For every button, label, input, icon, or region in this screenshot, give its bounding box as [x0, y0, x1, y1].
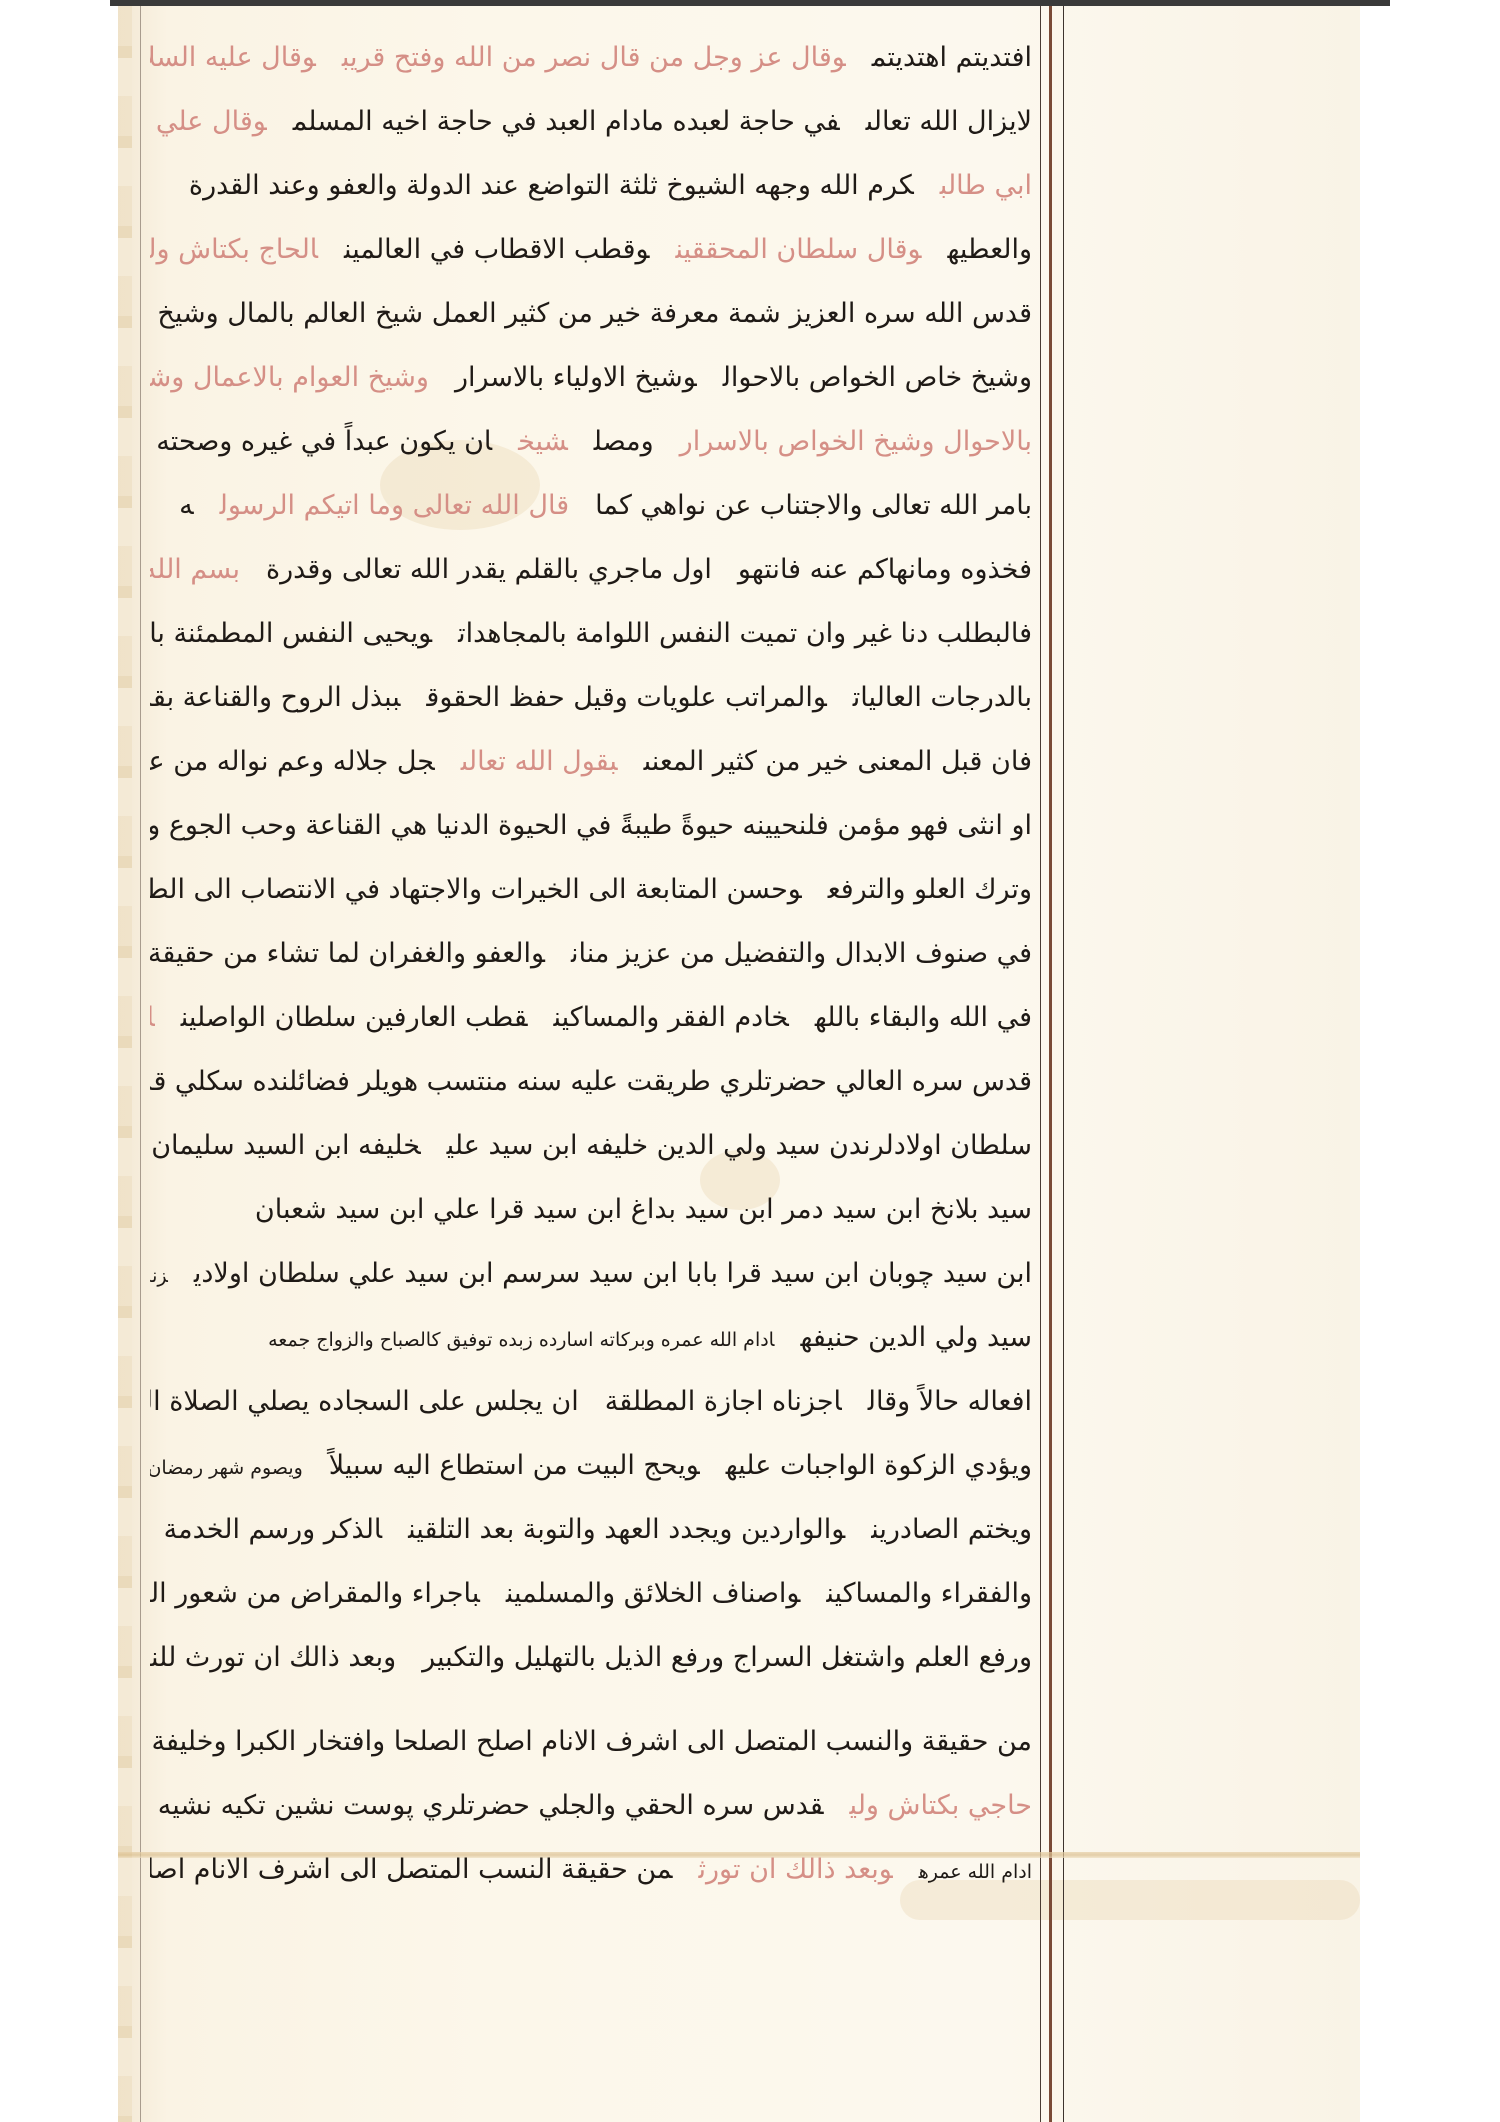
body-text: في صنوف الابدال والتفضيل من عزيز منان — [571, 938, 1032, 969]
manuscript-line: سلطان اولادلرندن سيد ولي الدين خليفه ابن… — [150, 1116, 1032, 1176]
body-text: قطب العارفين سلطان الواصلين — [181, 1002, 528, 1033]
body-text: الذكر ورسم الخدمة — [164, 1514, 382, 1545]
body-text: والعفو والغفران لما تشاء من حقيقة الفقر … — [150, 938, 545, 969]
body-text: ويحيى النفس المطمئنة بالرياضات ثم يرتقي — [150, 618, 432, 649]
body-text: بالدرجات العاليات — [853, 682, 1032, 713]
body-text: ان يكون عبداً في غيره وصحته ذالك الانقيا… — [150, 426, 492, 457]
manuscript-line: او انثى فهو مؤمن فلنحيينه حيوةً طيبةً في… — [150, 796, 1032, 856]
right-ruled-line-outer — [1063, 6, 1064, 2122]
rubric-text: حاجي بكتاش ولي — [850, 1790, 1032, 1821]
manuscript-line: ابن سيد چوبان ابن سيد قرا بابا ابن سيد س… — [150, 1244, 1032, 1304]
rubric-text: بسم الله الرحمن — [150, 554, 240, 585]
body-text: ان يجلس على السجاده يصلي الصلاة المفروضا… — [150, 1386, 579, 1417]
left-ruled-line — [140, 6, 141, 2122]
rubric-text: وقال عز وجل من قال نصر من الله وفتح قريب — [342, 42, 846, 73]
manuscript-line: فالبطلب دنا غير وان تميت النفس اللوامة ب… — [150, 604, 1032, 664]
torn-left-edge — [118, 6, 132, 2122]
rubric-text: وقال علي ابن — [150, 106, 267, 137]
manuscript-line: وشيخ خاص الخواص بالاحوالوشيخ الاولياء با… — [150, 348, 1032, 408]
body-text: افتديتم اهتديتم — [872, 42, 1032, 73]
body-text: اجزناه اجازة المطلقة — [605, 1386, 842, 1417]
body-text: من حقيقة والنسب المتصل الى اشرف الانام ا… — [150, 1726, 1032, 1757]
manuscript-line: سيد بلانخ ابن سيد دمر ابن سيد بداغ ابن س… — [150, 1180, 1032, 1240]
right-ruled-line-middle — [1049, 6, 1052, 2122]
rubric-text: وقال سلطان المحققين — [675, 234, 921, 265]
body-text: اول ماجري بالقلم يقدر الله تعالى وقدرة — [266, 554, 712, 585]
body-text: فالبطلب دنا غير وان تميت النفس اللوامة ب… — [458, 618, 1032, 649]
body-text: ويحج البيت من استطاع اليه سبيلاً — [329, 1450, 700, 1481]
body-text: وشيخ خاص الخواص بالاحوال — [723, 362, 1032, 393]
body-text: قدس سره الحقي والجلي حضرتلري پوست نشين ت… — [150, 1790, 824, 1821]
body-text: من حقيقة النسب المتصل الى اشرف الانام اص… — [150, 1854, 673, 1885]
manuscript-line: افعاله حالاً وقالاجزناه اجازة المطلقةان … — [150, 1372, 1032, 1432]
manuscript-line: لايزال الله تعالىفي حاجة لعبده مادام الع… — [150, 92, 1032, 152]
body-text: وبعد ذالك ان تورث للنجباء — [150, 1642, 396, 1673]
manuscript-line: ابي طالبكرم الله وجهه الشيوخ ثلثة التواض… — [150, 156, 1032, 216]
rubric-text: قال الله تعالى وما اتيكم الرسول — [220, 490, 570, 521]
manuscript-line: بالدرجات العالياتوالمراتب علويات وقيل حف… — [150, 668, 1032, 728]
body-text: ومصل — [594, 426, 654, 457]
body-text: والفقراء والمساكين — [826, 1578, 1032, 1609]
body-text: او انثى فهو مؤمن فلنحيينه حيوةً طيبةً في… — [150, 810, 1032, 841]
body-text: ببذل الروح والقناعة بقليل الدنيا عن كثير… — [150, 682, 400, 713]
body-text: ورفع العلم واشتغل السراج ورفع الذيل بالت… — [422, 1642, 1032, 1673]
body-text: وترك العلو والترفع — [828, 874, 1032, 905]
right-ruled-line-inner — [1040, 6, 1041, 2122]
manuscript-line: في صنوف الابدال والتفضيل من عزيز منانوال… — [150, 924, 1032, 984]
manuscript-line: سيد ولي الدين حنيفهادام الله عمره وبركات… — [150, 1308, 1032, 1368]
body-text: ابن سيد چوبان ابن سيد قرا بابا ابن سيد س… — [194, 1258, 1032, 1289]
body-text: ادام الله عمره وبركاته اسارده زبده توفيق… — [268, 1329, 774, 1351]
body-text: والمراتب علويات وقيل حفظ الحقوق — [426, 682, 826, 713]
manuscript-line: قدس الله سره العزيز شمة معرفة خير من كثي… — [150, 284, 1032, 344]
body-text: قدس الله سره العزيز شمة معرفة خير من كثي… — [150, 298, 1032, 329]
body-text: سيد بلانخ ابن سيد دمر ابن سيد بداغ ابن س… — [255, 1194, 1032, 1225]
body-text: فخذوه ومانهاكم عنه فانتهو — [738, 554, 1032, 585]
body-text: فان قبل المعنى خير من كثير المعنى — [644, 746, 1032, 777]
body-text: باجراء والمقراض من شعور التائبين ولباس ا… — [150, 1578, 480, 1609]
body-text: سيد ولي الدين حنيفه — [800, 1322, 1032, 1353]
body-text: واصناف الخلائق والمسلمين — [506, 1578, 801, 1609]
body-text: ويصوم شهر رمضان — [150, 1457, 303, 1479]
manuscript-line: من حقيقة والنسب المتصل الى اشرف الانام ا… — [150, 1712, 1032, 1772]
manuscript-line: ورفع العلم واشتغل السراج ورفع الذيل بالت… — [150, 1628, 1032, 1688]
body-text: وقطب الاقطاب في العالمين — [344, 234, 649, 265]
body-text: كرم الله وجهه الشيوخ ثلثة التواضع عند ال… — [189, 170, 914, 201]
manuscript-line: حاجي بكتاش وليقدس سره الحقي والجلي حضرتل… — [150, 1776, 1032, 1836]
body-text: خادم الفقر والمساكين — [554, 1002, 789, 1033]
manuscript-line: ادام الله عمرهوبعد ذالك ان تورثمن حقيقة … — [150, 1840, 1032, 1900]
manuscript-line: بامر الله تعالى والاجتناب عن نواهي كماقا… — [150, 476, 1032, 536]
body-text: ويختم الصادرين — [871, 1514, 1032, 1545]
body-text: في حاجة لعبده مادام العبد في حاجة اخيه ا… — [293, 106, 840, 137]
body-text: قدس سره العالي حضرتلري طريقت عليه سنه من… — [150, 1066, 1032, 1097]
manuscript-line: بالاحوال وشيخ الخواص بالاسرارومصلشيخان ي… — [150, 412, 1032, 472]
body-text: ويؤدي الزكوة الواجبات عليه — [726, 1450, 1032, 1481]
body-text: وشيخ الاولياء بالاسرار — [455, 362, 697, 393]
body-text: جل جلاله وعم نواله من عمل صالحا من ذكر — [150, 746, 435, 777]
body-text: لايزال الله تعالى — [866, 106, 1032, 137]
body-text: في الله والبقاء بالله — [815, 1002, 1032, 1033]
body-text: افعاله حالاً وقال — [868, 1386, 1032, 1417]
body-text: خليفه ابن السيد سليمان ابن — [150, 1130, 421, 1161]
rubric-text: وبعد ذالك ان تورث — [699, 1854, 893, 1885]
manuscript-line: افتديتم اهتديتموقال عز وجل من قال نصر من… — [150, 28, 1032, 88]
rubric-text: وشيخ العوام بالاعمال وشيخ الخواص — [150, 362, 429, 393]
body-text: سلطان اولادلرندن سيد ولي الدين خليفه ابن… — [447, 1130, 1032, 1161]
rubric-text: وقال عليه السلام — [150, 42, 316, 73]
manuscript-line: فان قبل المعنى خير من كثير المعنىبقول ال… — [150, 732, 1032, 792]
rubric-text: بقول الله تعالى — [461, 746, 618, 777]
rubric-text: الحاج بكتاش ولي — [150, 1002, 155, 1033]
manuscript-line: ويؤدي الزكوة الواجبات عليهويحج البيت من … — [150, 1436, 1032, 1496]
manuscript-line: فخذوه ومانهاكم عنه فانتهواول ماجري بالقل… — [150, 540, 1032, 600]
body-text: والعطيه — [947, 234, 1032, 265]
rubric-text: شيخ — [518, 426, 568, 457]
body-text: ه — [179, 490, 193, 521]
manuscript-line: قدس سره العالي حضرتلري طريقت عليه سنه من… — [150, 1052, 1032, 1112]
body-text: ادام الله عمره — [919, 1861, 1032, 1883]
manuscript-line: والفقراء والمساكينواصناف الخلائق والمسلم… — [150, 1564, 1032, 1624]
manuscript-line: وترك العلو والترفعوحسن المتابعة الى الخي… — [150, 860, 1032, 920]
body-text: والواردين ويجدد العهد والتوبة بعد التلقي… — [408, 1514, 845, 1545]
body-text: بامر الله تعالى والاجتناب عن نواهي كما — [595, 490, 1032, 521]
body-text: وحسن المتابعة الى الخيرات والاجتهاد في ا… — [150, 874, 802, 905]
rubric-text: بالاحوال وشيخ الخواص بالاسرار — [680, 426, 1032, 457]
body-text: زنده — [150, 1265, 168, 1287]
rubric-text: الحاج بكتاش ولي الخراساني — [150, 234, 318, 265]
rubric-text: ابي طالب — [940, 170, 1032, 201]
manuscript-line: والعطيهوقال سلطان المحققينوقطب الاقطاب ف… — [150, 220, 1032, 280]
manuscript-line: ويختم الصادرينوالواردين ويجدد العهد والت… — [150, 1500, 1032, 1560]
manuscript-line: في الله والبقاء باللهخادم الفقر والمساكي… — [150, 988, 1032, 1048]
